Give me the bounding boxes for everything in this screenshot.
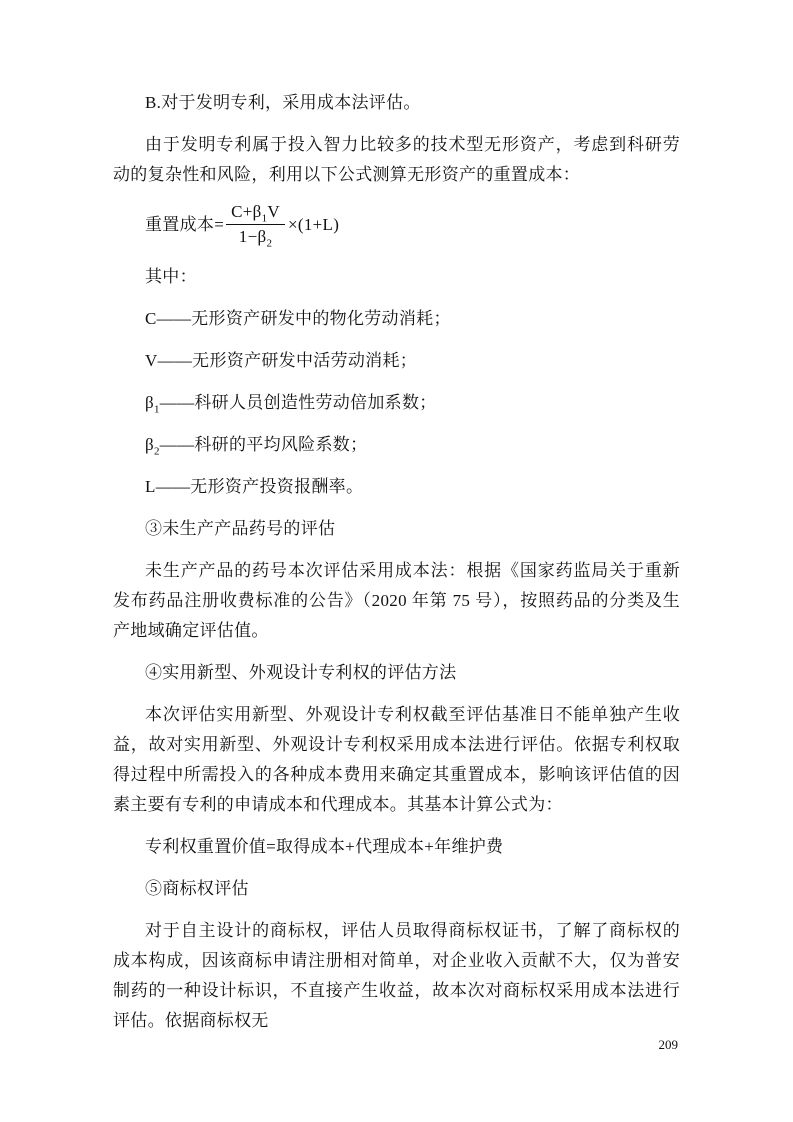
definition-beta2-text: ——科研的平均风险系数；: [160, 435, 368, 454]
formula-rhs: ×(1+L): [288, 215, 339, 235]
definition-c-symbol: C: [145, 309, 157, 328]
definition-beta1-text: ——科研人员创造性劳动倍加系数；: [160, 393, 437, 412]
definition-beta2-symbol: β: [145, 435, 154, 454]
definition-beta1-symbol: β: [145, 393, 154, 412]
paragraph-unproduced-drug: 未生产产品的药号本次评估采用成本法：根据《国家药监局关于重新发布药品注册收费标准…: [113, 556, 680, 646]
among-label: 其中：: [113, 262, 680, 292]
page-content: B.对于发明专利，采用成本法评估。 由于发明专利属于投入智力比较多的技术型无形资…: [113, 88, 680, 1036]
formula-numerator-base: C+β: [231, 202, 261, 221]
formula-numerator-tail: V: [267, 202, 280, 221]
definition-l-text: ——无形资产投资报酬率。: [156, 477, 364, 496]
heading-unproduced-drug: ③未生产产品药号的评估: [113, 514, 680, 544]
formula-denominator: 1−β2: [234, 225, 277, 247]
definition-c: C——无形资产研发中的物化劳动消耗；: [113, 304, 680, 334]
document-page: B.对于发明专利，采用成本法评估。 由于发明专利属于投入智力比较多的技术型无形资…: [0, 0, 793, 1122]
heading-trademark: ⑤商标权评估: [113, 874, 680, 904]
definition-l: L——无形资产投资报酬率。: [113, 472, 680, 502]
definition-v-text: ——无形资产研发中活劳动消耗；: [158, 351, 418, 370]
paragraph-utility-design-patent: 本次评估实用新型、外观设计专利权截至评估基准日不能单独产生收益，故对实用新型、外…: [113, 700, 680, 820]
definition-v: V——无形资产研发中活劳动消耗；: [113, 346, 680, 376]
page-number: 209: [659, 1036, 679, 1054]
formula-denominator-subscript: 2: [266, 238, 272, 250]
definition-l-symbol: L: [145, 477, 156, 496]
replacement-cost-formula: 重置成本= C+β1V 1−β2 ×(1+L): [145, 202, 680, 248]
definition-beta2: β2——科研的平均风险系数；: [113, 430, 680, 460]
definition-c-text: ——无形资产研发中的物化劳动消耗；: [157, 309, 451, 328]
formula-denominator-base: 1−β: [239, 227, 267, 246]
definition-v-symbol: V: [145, 351, 158, 370]
heading-utility-design-patent: ④实用新型、外观设计专利权的评估方法: [113, 658, 680, 688]
formula-fraction: C+β1V 1−β2: [226, 202, 285, 248]
paragraph-invention-patent: B.对于发明专利，采用成本法评估。: [113, 88, 680, 118]
patent-replacement-value-formula: 专利权重置价值=取得成本+代理成本+年维护费: [113, 832, 680, 862]
paragraph-intro: 由于发明专利属于投入智力比较多的技术型无形资产，考虑到科研劳动的复杂性和风险，利…: [113, 130, 680, 190]
paragraph-trademark: 对于自主设计的商标权，评估人员取得商标权证书，了解了商标权的成本构成，因该商标申…: [113, 916, 680, 1036]
definition-beta1: β1——科研人员创造性劳动倍加系数；: [113, 388, 680, 418]
formula-numerator: C+β1V: [226, 202, 285, 225]
formula-lhs: 重置成本=: [145, 215, 224, 235]
